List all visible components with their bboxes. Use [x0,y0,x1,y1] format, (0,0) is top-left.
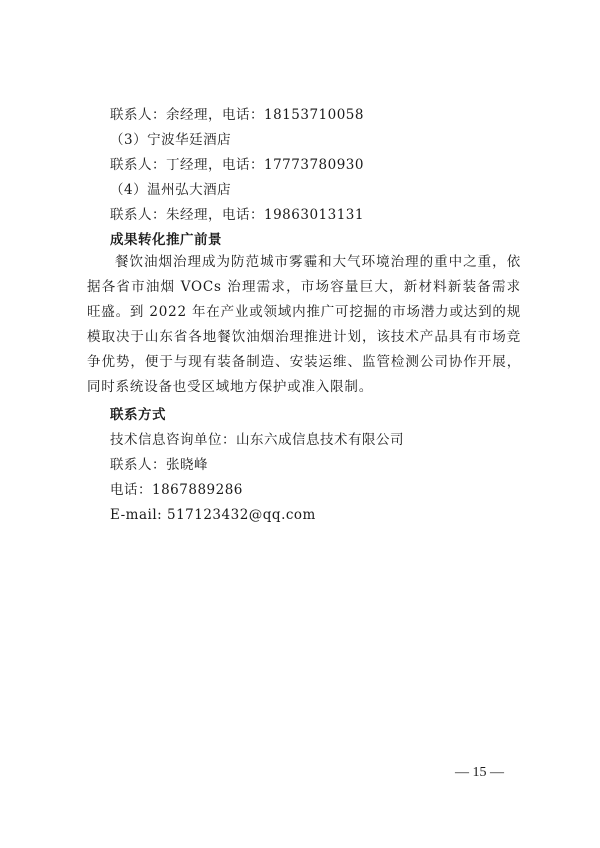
section-heading-prospects: 成果转化推广前景 [110,231,222,249]
contact-person: 联系人：张晓峰 [110,456,208,474]
contact-line: 联系人：朱经理，电话：19863013131 [110,206,364,224]
contact-unit: 技术信息咨询单位：山东六成信息技术有限公司 [110,431,404,449]
prospects-text: 餐饮油烟治理成为防范城市雾霾和大气环境治理的重中之重，依据各省市油烟 VOCs … [87,250,521,400]
prospects-paragraph: 餐饮油烟治理成为防范城市雾霾和大气环境治理的重中之重，依据各省市油烟 VOCs … [87,250,521,400]
hotel-entry: （4）温州弘大酒店 [110,181,231,199]
contact-line: 联系人：丁经理，电话：17773780930 [110,156,364,174]
section-heading-contact: 联系方式 [110,406,166,424]
document-page: 联系人：余经理，电话：18153710058 （3）宁波华廷酒店 联系人：丁经理… [0,0,600,848]
contact-phone: 电话：1867889286 [110,481,243,499]
contact-email: E-mail: 517123432@qq.com [110,506,316,524]
page-number: — 15 — [455,765,504,781]
contact-line: 联系人：余经理，电话：18153710058 [110,106,364,124]
hotel-entry: （3）宁波华廷酒店 [110,131,231,149]
